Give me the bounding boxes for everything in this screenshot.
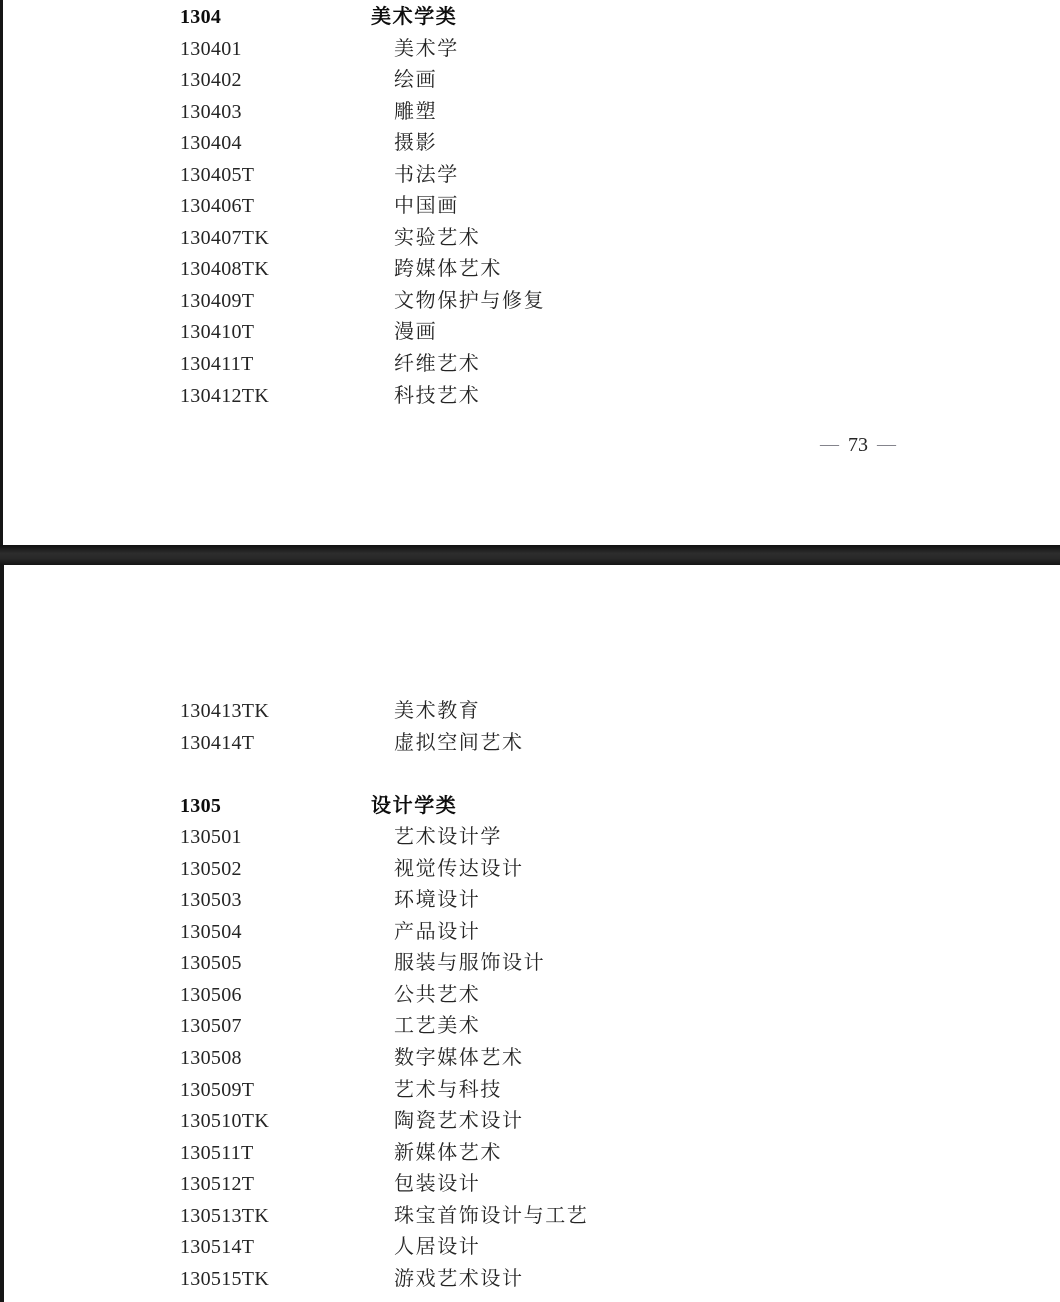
major-name: 实验艺术 xyxy=(394,223,480,255)
major-row: 130408TK 跨媒体艺术 xyxy=(0,254,1060,286)
category-row: 1305 设计学类 xyxy=(0,791,1060,823)
major-name: 摄影 xyxy=(394,128,437,160)
page-number: — 73 — xyxy=(806,432,910,458)
major-code: 130509T xyxy=(180,1075,254,1107)
major-row: 130412TK 科技艺术 xyxy=(0,381,1060,413)
major-code: 130404 xyxy=(180,128,242,160)
major-name: 数字媒体艺术 xyxy=(394,1043,524,1075)
major-code: 130503 xyxy=(180,885,242,917)
page-number-dash-right: — xyxy=(877,434,896,456)
major-row: 130409T 文物保护与修复 xyxy=(0,286,1060,318)
major-code: 1305 xyxy=(180,791,221,823)
major-row: 130410T 漫画 xyxy=(0,317,1060,349)
major-row: 130403 雕塑 xyxy=(0,97,1060,129)
major-row: 130413TK 美术教育 xyxy=(0,696,1060,728)
major-row: 130405T 书法学 xyxy=(0,160,1060,192)
major-name: 中国画 xyxy=(394,191,459,223)
major-row: 130402 绘画 xyxy=(0,65,1060,97)
major-code: 130409T xyxy=(180,286,254,318)
major-row: 130510TK 陶瓷艺术设计 xyxy=(0,1106,1060,1138)
major-name: 美术学 xyxy=(394,34,459,66)
major-name: 设计学类 xyxy=(371,791,457,823)
major-name: 游戏艺术设计 xyxy=(394,1264,524,1296)
major-row: 130414T 虚拟空间艺术 xyxy=(0,728,1060,760)
major-name: 纤维艺术 xyxy=(394,349,480,381)
major-row: 130401 美术学 xyxy=(0,34,1060,66)
major-row: 130411T 纤维艺术 xyxy=(0,349,1060,381)
major-code: 130411T xyxy=(180,349,254,381)
major-code: 130515TK xyxy=(180,1264,269,1296)
major-code: 130506 xyxy=(180,980,242,1012)
major-row: 130515TK 游戏艺术设计 xyxy=(0,1264,1060,1296)
major-code: 130512T xyxy=(180,1169,254,1201)
major-name: 美术教育 xyxy=(394,696,480,728)
page-number-value: 73 xyxy=(848,434,868,457)
major-name: 陶瓷艺术设计 xyxy=(394,1106,524,1138)
major-code: 130502 xyxy=(180,854,242,886)
major-row: 130506 公共艺术 xyxy=(0,980,1060,1012)
major-code: 130514T xyxy=(180,1232,254,1264)
document-view: { "page_top": { "rows": [ {"code":"1304"… xyxy=(0,0,1060,1302)
major-row: 130504 产品设计 xyxy=(0,917,1060,949)
major-row: 130502 视觉传达设计 xyxy=(0,854,1060,886)
major-row: 130404 摄影 xyxy=(0,128,1060,160)
major-row: 130509T 艺术与科技 xyxy=(0,1075,1060,1107)
major-name: 人居设计 xyxy=(394,1232,480,1264)
major-code: 130405T xyxy=(180,160,254,192)
major-name: 服装与服饰设计 xyxy=(394,948,545,980)
major-name: 公共艺术 xyxy=(394,980,480,1012)
major-name: 艺术与科技 xyxy=(394,1075,502,1107)
pdf-page-73: 1304 美术学类 130401 美术学 130402 绘画 130403 雕塑… xyxy=(0,0,1060,545)
major-name: 新媒体艺术 xyxy=(394,1138,502,1170)
major-code: 130410T xyxy=(180,317,254,349)
major-row: 130407TK 实验艺术 xyxy=(0,223,1060,255)
major-code: 130412TK xyxy=(180,381,269,413)
major-list-page-74: 130413TK 美术教育 130414T 虚拟空间艺术 1305 设计学类 1… xyxy=(0,696,1060,1295)
major-code: 130401 xyxy=(180,34,242,66)
major-name: 雕塑 xyxy=(394,97,437,129)
major-code: 130510TK xyxy=(180,1106,269,1138)
major-name: 产品设计 xyxy=(394,917,480,949)
major-code: 130402 xyxy=(180,65,242,97)
major-name: 美术学类 xyxy=(371,2,457,34)
major-row: 130501 艺术设计学 xyxy=(0,822,1060,854)
major-name: 环境设计 xyxy=(394,885,480,917)
major-row: 130507 工艺美术 xyxy=(0,1011,1060,1043)
major-code: 130403 xyxy=(180,97,242,129)
major-row: 130508 数字媒体艺术 xyxy=(0,1043,1060,1075)
major-code: 130511T xyxy=(180,1138,254,1170)
major-name: 绘画 xyxy=(394,65,437,97)
pdf-page-74: 130413TK 美术教育 130414T 虚拟空间艺术 1305 设计学类 1… xyxy=(0,565,1060,1302)
major-name: 工艺美术 xyxy=(394,1011,480,1043)
major-code: 130505 xyxy=(180,948,242,980)
scan-edge-top xyxy=(0,0,3,545)
major-name: 艺术设计学 xyxy=(394,822,502,854)
major-row: 130406T 中国画 xyxy=(0,191,1060,223)
major-name: 跨媒体艺术 xyxy=(394,254,502,286)
major-name: 科技艺术 xyxy=(394,381,480,413)
major-list-page-73: 1304 美术学类 130401 美术学 130402 绘画 130403 雕塑… xyxy=(0,2,1060,412)
major-name: 珠宝首饰设计与工艺 xyxy=(394,1201,588,1233)
page-number-dash-left: — xyxy=(820,434,839,456)
major-code: 130508 xyxy=(180,1043,242,1075)
major-code: 1304 xyxy=(180,2,221,34)
major-code: 130507 xyxy=(180,1011,242,1043)
major-name: 包装设计 xyxy=(394,1169,480,1201)
major-row: 130505 服装与服饰设计 xyxy=(0,948,1060,980)
major-row: 130512T 包装设计 xyxy=(0,1169,1060,1201)
scan-edge-bottom xyxy=(0,565,4,1302)
major-row: 130511T 新媒体艺术 xyxy=(0,1138,1060,1170)
page-gap-separator xyxy=(0,545,1060,565)
major-code: 130408TK xyxy=(180,254,269,286)
major-name: 漫画 xyxy=(394,317,437,349)
major-name: 虚拟空间艺术 xyxy=(394,728,524,760)
category-row: 1304 美术学类 xyxy=(0,2,1060,34)
major-code: 130501 xyxy=(180,822,242,854)
major-row: 130513TK 珠宝首饰设计与工艺 xyxy=(0,1201,1060,1233)
major-code: 130406T xyxy=(180,191,254,223)
major-code: 130407TK xyxy=(180,223,269,255)
major-row: 130503 环境设计 xyxy=(0,885,1060,917)
major-name: 书法学 xyxy=(394,160,459,192)
major-row: 130514T 人居设计 xyxy=(0,1232,1060,1264)
major-code: 130504 xyxy=(180,917,242,949)
major-code: 130414T xyxy=(180,728,254,760)
major-name: 文物保护与修复 xyxy=(394,286,545,318)
major-code: 130513TK xyxy=(180,1201,269,1233)
major-name: 视觉传达设计 xyxy=(394,854,524,886)
major-code: 130413TK xyxy=(180,696,269,728)
